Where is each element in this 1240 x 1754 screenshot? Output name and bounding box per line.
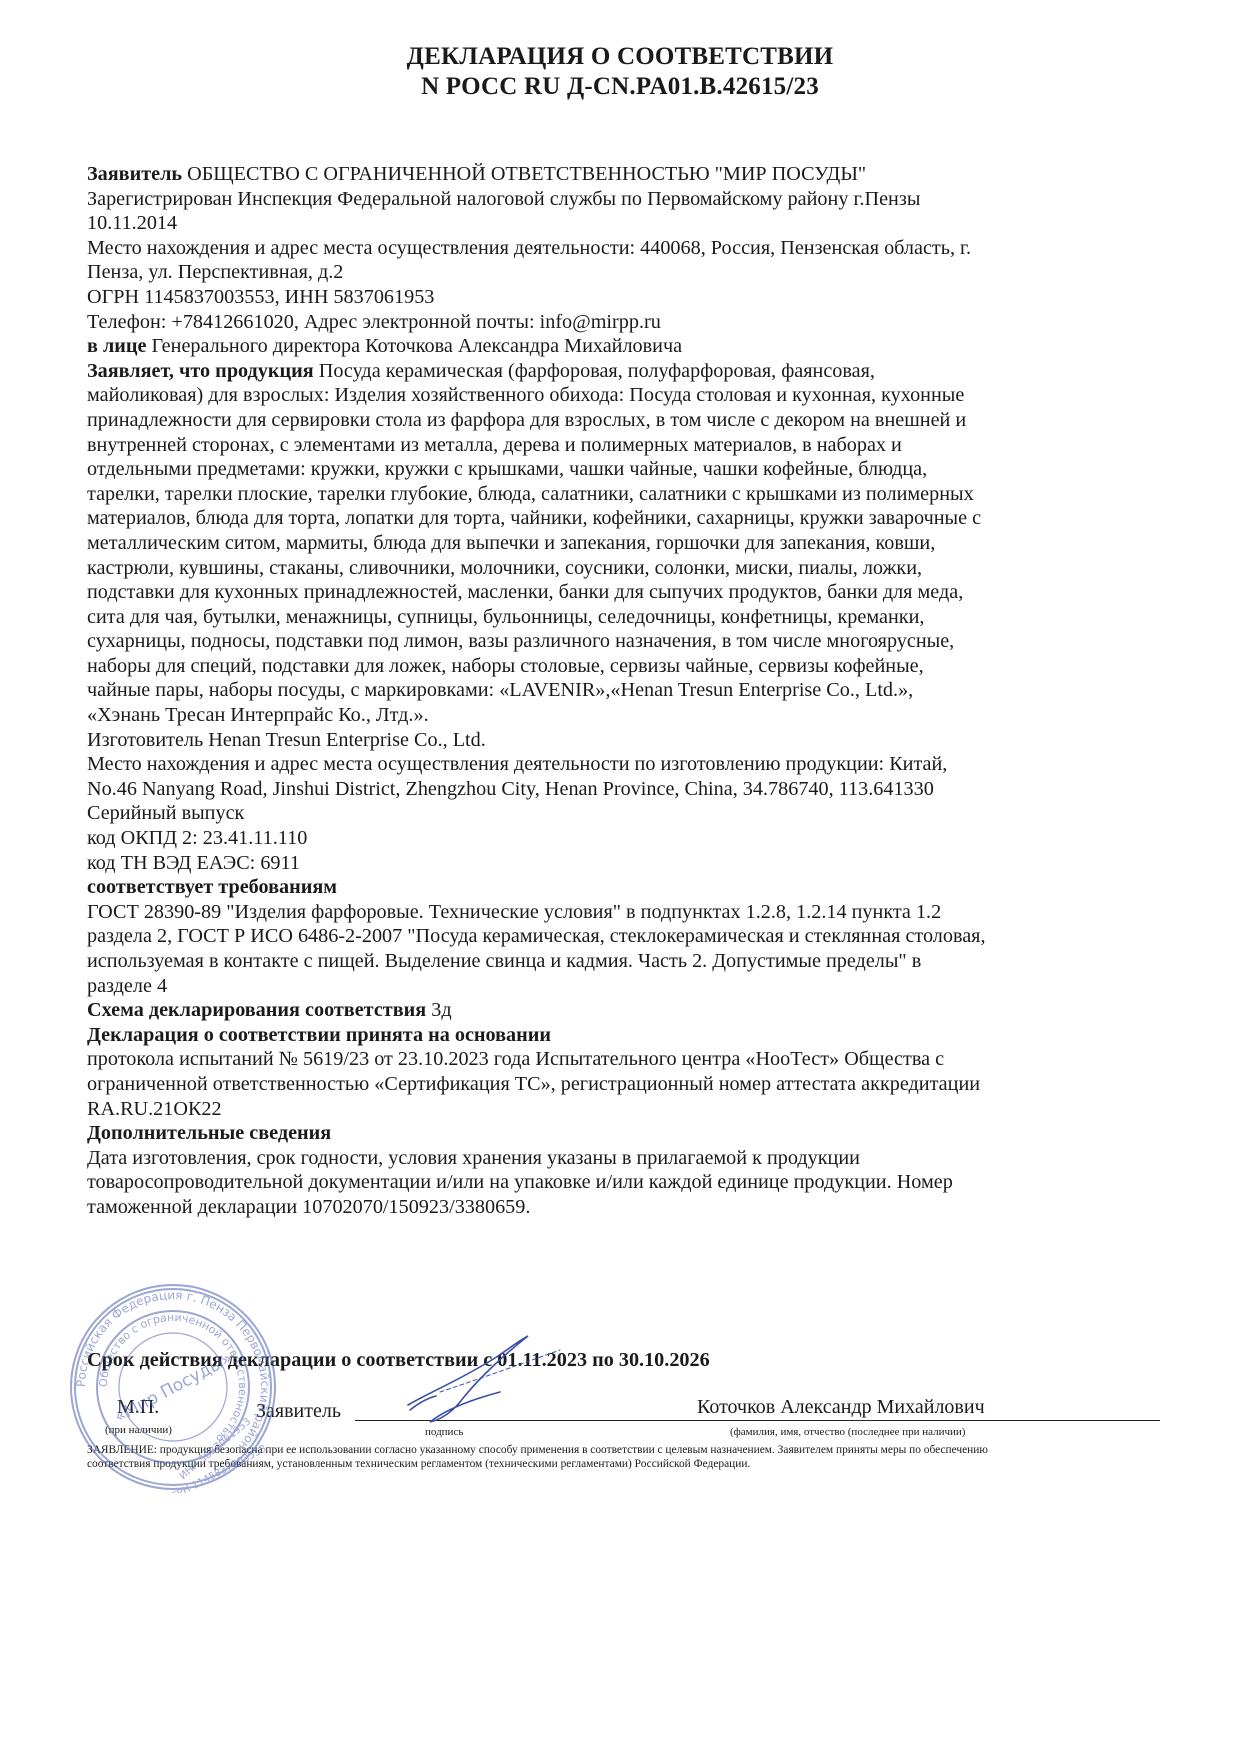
represented-by-line: в лице Генерального директора Коточкова … bbox=[87, 334, 1157, 359]
applicant-contacts: Телефон: +78412661020, Адрес электронной… bbox=[87, 310, 1157, 335]
validity-period: Срок действия декларации о соответствии … bbox=[87, 1349, 710, 1372]
represented-label: в лице bbox=[87, 335, 147, 357]
signer-name-caption: (фамилия, имя, отчество (последнее при н… bbox=[730, 1426, 965, 1438]
signature-line bbox=[355, 1420, 573, 1421]
additional-line: таможенной декларации 10702070/150923/33… bbox=[87, 1195, 1157, 1220]
document-title: ДЕКЛАРАЦИЯ О СООТВЕТСТВИИ N РОСС RU Д-CN… bbox=[0, 42, 1240, 102]
disclaimer-line-1: ЗАЯВЛЕНИЕ: продукция безопасна при ее ис… bbox=[87, 1444, 1157, 1458]
title-line-1: ДЕКЛАРАЦИЯ О СООТВЕТСТВИИ bbox=[0, 42, 1240, 72]
product-line: отдельными предметами: кружки, кружки с … bbox=[87, 457, 1157, 482]
okpd-code: код ОКПД 2: 23.41.11.110 bbox=[87, 826, 1157, 851]
name-line bbox=[570, 1420, 1160, 1421]
product-line: кастрюли, кувшины, стаканы, сливочники, … bbox=[87, 556, 1157, 581]
product-label: Заявляет, что продукция bbox=[87, 360, 314, 382]
basis-line: протокола испытаний № 5619/23 от 23.10.2… bbox=[87, 1047, 1157, 1072]
manufacturer-address-2: No.46 Nanyang Road, Jinshui District, Zh… bbox=[87, 777, 1157, 802]
additional-line: Дата изготовления, срок годности, услови… bbox=[87, 1146, 1157, 1171]
product-line: материалов, блюда для торта, лопатки для… bbox=[87, 506, 1157, 531]
basis-line: RA.RU.21ОК22 bbox=[87, 1097, 1157, 1122]
requirements-line: используемая в контакте с пищей. Выделен… bbox=[87, 949, 1157, 974]
tnved-code: код ТН ВЭД ЕАЭС: 6911 bbox=[87, 851, 1157, 876]
basis-line: ограниченной ответственностью «Сертифика… bbox=[87, 1072, 1157, 1097]
product-line: тарелки, тарелки плоские, тарелки глубок… bbox=[87, 482, 1157, 507]
requirements-line: раздела 2, ГОСТ Р ИСО 6486-2-2007 "Посуд… bbox=[87, 924, 1157, 949]
requirements-heading: соответствует требованиям bbox=[87, 875, 1157, 900]
manufacturer-name: Изготовитель Henan Tresun Enterprise Co.… bbox=[87, 728, 1157, 753]
applicant-address-2: Пенза, ул. Перспективная, д.2 bbox=[87, 260, 1157, 285]
release-type: Серийный выпуск bbox=[87, 801, 1157, 826]
product-line: внутренней сторонах, с элементами из мет… bbox=[87, 433, 1157, 458]
requirements-line: разделе 4 bbox=[87, 974, 1157, 999]
product-line: сита для чая, бутылки, менажницы, супниц… bbox=[87, 605, 1157, 630]
applicant-address-1: Место нахождения и адрес места осуществл… bbox=[87, 236, 1157, 261]
additional-line: товаросопроводительной документации и/ил… bbox=[87, 1170, 1157, 1195]
applicant-label: Заявитель bbox=[87, 163, 182, 185]
product-line: металлическим ситом, мармиты, блюда для … bbox=[87, 531, 1157, 556]
signature-caption: подпись bbox=[425, 1426, 463, 1438]
scheme-label: Схема декларирования соответствия bbox=[87, 999, 426, 1021]
manufacturer-address-1: Место нахождения и адрес места осуществл… bbox=[87, 752, 1157, 777]
scheme-line: Схема декларирования соответствия 3д bbox=[87, 998, 1157, 1023]
scheme-value: 3д bbox=[426, 999, 451, 1021]
declaration-body: Заявитель ОБЩЕСТВО С ОГРАНИЧЕННОЙ ОТВЕТС… bbox=[87, 162, 1157, 1220]
applicant-signature-label: Заявитель bbox=[256, 1400, 341, 1423]
disclaimer-line-2: соответствия продукции требованиям, уста… bbox=[87, 1458, 1157, 1472]
basis-heading: Декларация о соответствии принята на осн… bbox=[87, 1023, 1157, 1048]
applicant-line: Заявитель ОБЩЕСТВО С ОГРАНИЧЕННОЙ ОТВЕТС… bbox=[87, 162, 1157, 187]
product-line: подставки для кухонных принадлежностей, … bbox=[87, 580, 1157, 605]
declaration-number: N РОСС RU Д-CN.PA01.B.42615/23 bbox=[0, 72, 1240, 102]
product-line: майоликовая) для взрослых: Изделия хозяй… bbox=[87, 383, 1157, 408]
product-line-0: Заявляет, что продукция Посуда керамичес… bbox=[87, 359, 1157, 384]
signer-name: Коточков Александр Михайлович bbox=[697, 1396, 985, 1419]
applicant-ids: ОГРН 1145837003553, ИНН 5837061953 bbox=[87, 285, 1157, 310]
disclaimer: ЗАЯВЛЕНИЕ: продукция безопасна при ее ис… bbox=[87, 1444, 1157, 1471]
registration-date: 10.11.2014 bbox=[87, 211, 1157, 236]
seal-label: М.П. bbox=[117, 1396, 159, 1419]
product-line: наборы для специй, подставки для ложек, … bbox=[87, 654, 1157, 679]
product-line: сухарницы, подносы, подставки под лимон,… bbox=[87, 629, 1157, 654]
registration-line: Зарегистрирован Инспекция Федеральной на… bbox=[87, 187, 1157, 212]
product-line: принадлежности для сервировки стола из ф… bbox=[87, 408, 1157, 433]
product-line: «Хэнань Тресан Интерпрайс Ко., Лтд.». bbox=[87, 703, 1157, 728]
applicant-name: ОБЩЕСТВО С ОГРАНИЧЕННОЙ ОТВЕТСТВЕННОСТЬЮ… bbox=[182, 163, 866, 185]
signature-block: М.П. (при наличии) Заявитель подпись Кот… bbox=[87, 1396, 1157, 1436]
additional-heading: Дополнительные сведения bbox=[87, 1121, 1157, 1146]
product-line: чайные пары, наборы посуды, с маркировка… bbox=[87, 678, 1157, 703]
represented-by: Генерального директора Коточкова Алексан… bbox=[147, 335, 683, 357]
requirements-line: ГОСТ 28390-89 "Изделия фарфоровые. Техни… bbox=[87, 900, 1157, 925]
seal-note: (при наличии) bbox=[105, 1424, 172, 1436]
